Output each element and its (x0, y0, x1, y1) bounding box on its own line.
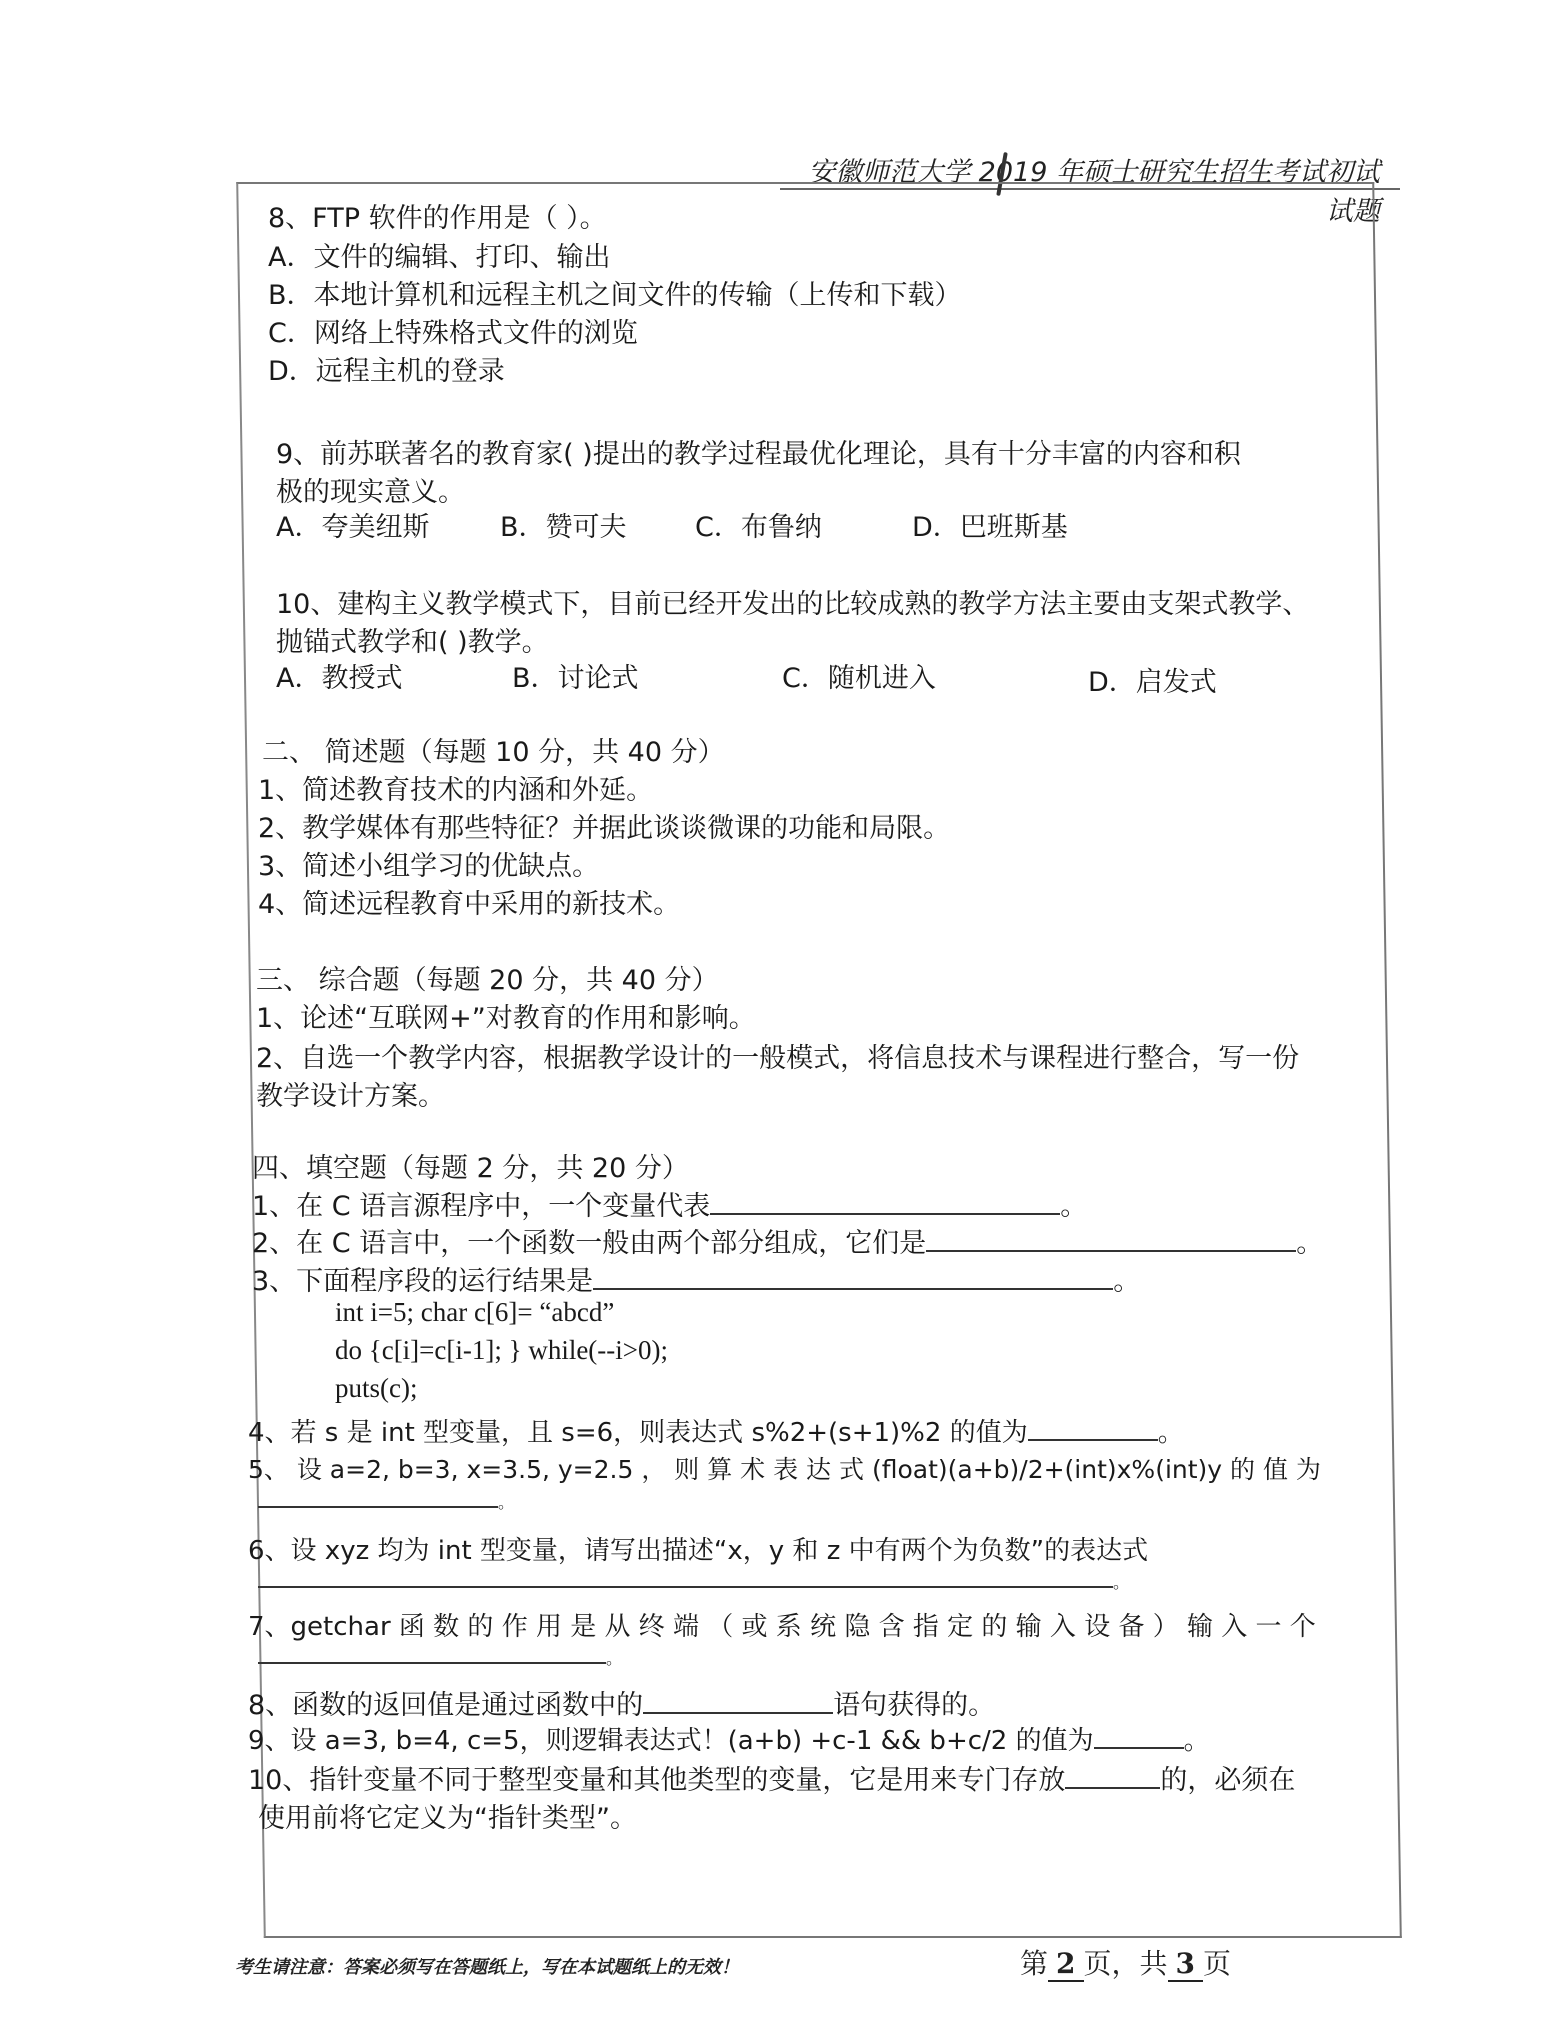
q9-option-d: D．巴班斯基 (912, 505, 1068, 544)
fill-q9: 9、设 a=3, b=4, c=5，则逻辑表达式！(a+b) +c-1 && b… (248, 1720, 1210, 1757)
q9-option-b: B．赞可夫 (500, 505, 627, 544)
fill-q9-text: 9、设 a=3, b=4, c=5，则逻辑表达式！(a+b) +c-1 && b… (248, 1726, 1094, 1756)
fill-q6-blank-line: 。 (258, 1570, 1129, 1593)
section3-item-2-cont: 教学设计方案。 (256, 1074, 445, 1113)
page-current: 2 (1048, 1947, 1083, 1982)
section3-item-2: 2、自选一个教学内容，根据教学设计的一般模式，将信息技术与课程进行整合，写一份 (256, 1036, 1299, 1075)
section3-title: 三、 综合题（每题 20 分，共 40 分） (256, 958, 719, 997)
fill-q7-period: 。 (606, 1649, 622, 1668)
fill-q5-period: 。 (498, 1493, 514, 1512)
fill-q3-period: 。 (1113, 1266, 1140, 1297)
page-indicator: 第2页，共3页 (1020, 1942, 1231, 1982)
fill-q4-period: 。 (1158, 1418, 1184, 1448)
fill-q2: 2、在 C 语言中，一个函数一般由两个部分组成，它们是。 (252, 1221, 1323, 1260)
fill-q5-blank-line: 。 (258, 1490, 514, 1513)
fill-q2-period: 。 (1296, 1228, 1323, 1259)
fill-q8-text-pre: 8、函数的返回值是通过函数中的 (248, 1690, 643, 1721)
q8-stem: 8、FTP 软件的作用是（ ）。 (268, 196, 607, 235)
section2-item-3: 3、简述小组学习的优缺点。 (258, 844, 599, 883)
q10-option-c: C．随机进入 (782, 656, 936, 695)
footer-notice: 考生请注意：答案必须写在答题纸上，写在本试题纸上的无效！ (235, 1953, 739, 1979)
fill-q8: 8、函数的返回值是通过函数中的语句获得的。 (248, 1683, 995, 1722)
fill-q10-blank[interactable] (1065, 1786, 1160, 1789)
fill-q6: 6、设 xyz 均为 int 型变量，请写出描述“x，y 和 z 中有两个为负数… (248, 1530, 1148, 1567)
q10-stem-line2: 抛锚式教学和( )教学。 (276, 620, 549, 659)
fill-q1-blank[interactable] (710, 1212, 1060, 1215)
q9-stem-line1: 9、前苏联著名的教育家( )提出的教学过程最优化理论，具有十分丰富的内容和积 (276, 432, 1241, 471)
fill-q10: 10、指针变量不同于整型变量和其他类型的变量，它是用来专门存放的，必须在 (248, 1758, 1295, 1797)
q10-option-a: A．教授式 (276, 656, 402, 695)
q10-option-d: D．启发式 (1088, 660, 1217, 699)
fill-q8-text-post: 语句获得的。 (833, 1690, 995, 1721)
q9-option-a: A．夸美纽斯 (276, 505, 429, 544)
q8-option-a: A．文件的编辑、打印、输出 (268, 235, 610, 274)
fill-q7: 7、getchar 函 数 的 作 用 是 从 终 端 （ 或 系 统 隐 含 … (248, 1606, 1316, 1643)
fill-q9-period: 。 (1184, 1726, 1210, 1756)
fill-q9-blank[interactable] (1094, 1746, 1184, 1749)
fill-q7-blank[interactable] (258, 1661, 606, 1664)
code-line-3: puts(c); (335, 1373, 417, 1404)
fill-q8-blank[interactable] (643, 1711, 833, 1714)
fill-q1-text: 1、在 C 语言源程序中，一个变量代表 (252, 1191, 710, 1222)
fill-q10-line2: 使用前将它定义为“指针类型”。 (258, 1796, 637, 1835)
fill-q3-blank[interactable] (593, 1287, 1113, 1290)
section4-title: 四、填空题（每题 2 分，共 20 分） (252, 1146, 689, 1185)
section2-item-4: 4、简述远程教育中采用的新技术。 (258, 882, 680, 921)
fill-q6-blank[interactable] (258, 1585, 1113, 1588)
q8-option-c: C．网络上特殊格式文件的浏览 (268, 311, 638, 350)
section2-title: 二、 简述题（每题 10 分，共 40 分） (262, 730, 725, 769)
q9-option-c: C．布鲁纳 (695, 505, 822, 544)
fill-q4: 4、若 s 是 int 型变量，且 s=6，则表达式 s%2+(s+1)%2 的… (248, 1412, 1184, 1449)
q8-option-b: B．本地计算机和远程主机之间文件的传输（上传和下载） (268, 273, 962, 312)
fill-q1: 1、在 C 语言源程序中，一个变量代表。 (252, 1184, 1087, 1223)
page-prefix: 第 (1020, 1947, 1048, 1980)
q10-stem-line1: 10、建构主义教学模式下，目前已经开发出的比较成熟的教学方法主要由支架式教学、 (276, 582, 1309, 621)
fill-q7-blank-line: 。 (258, 1646, 622, 1669)
fill-q6-period: 。 (1113, 1573, 1129, 1592)
page-suffix: 页 (1203, 1947, 1231, 1980)
fill-q2-text: 2、在 C 语言中，一个函数一般由两个部分组成，它们是 (252, 1228, 926, 1259)
fill-q3-text: 3、下面程序段的运行结果是 (252, 1266, 593, 1297)
fill-q3: 3、下面程序段的运行结果是。 (252, 1259, 1140, 1298)
fill-q2-blank[interactable] (926, 1249, 1296, 1252)
section2-item-1: 1、简述教育技术的内涵和外延。 (258, 768, 653, 807)
page-total: 3 (1168, 1947, 1203, 1982)
fill-q10-text-post: 的，必须在 (1160, 1765, 1295, 1796)
q10-option-b: B．讨论式 (512, 656, 639, 695)
section2-item-2: 2、教学媒体有那些特征？并据此谈谈微课的功能和局限。 (258, 806, 950, 845)
q9-stem-line2: 极的现实意义。 (276, 470, 465, 509)
fill-q5-blank[interactable] (258, 1505, 498, 1508)
section3-item-1: 1、论述“互联网+”对教育的作用和影响。 (256, 996, 756, 1035)
fill-q10-text-pre: 10、指针变量不同于整型变量和其他类型的变量，它是用来专门存放 (248, 1765, 1065, 1796)
fill-q5: 5、 设 a=2, b=3, x=3.5, y=2.5 ， 则 算 术 表 达 … (248, 1450, 1321, 1486)
page-mid: 页，共 (1084, 1947, 1168, 1980)
fill-q1-period: 。 (1060, 1191, 1087, 1222)
fill-q4-blank[interactable] (1028, 1438, 1158, 1441)
code-line-2: do {c[i]=c[i-1]; } while(--i>0); (335, 1335, 668, 1366)
fill-q4-text: 4、若 s 是 int 型变量，且 s=6，则表达式 s%2+(s+1)%2 的… (248, 1418, 1028, 1448)
q8-option-d: D．远程主机的登录 (268, 349, 505, 388)
code-line-1: int i=5; char c[6]= “abcd” (335, 1297, 614, 1328)
